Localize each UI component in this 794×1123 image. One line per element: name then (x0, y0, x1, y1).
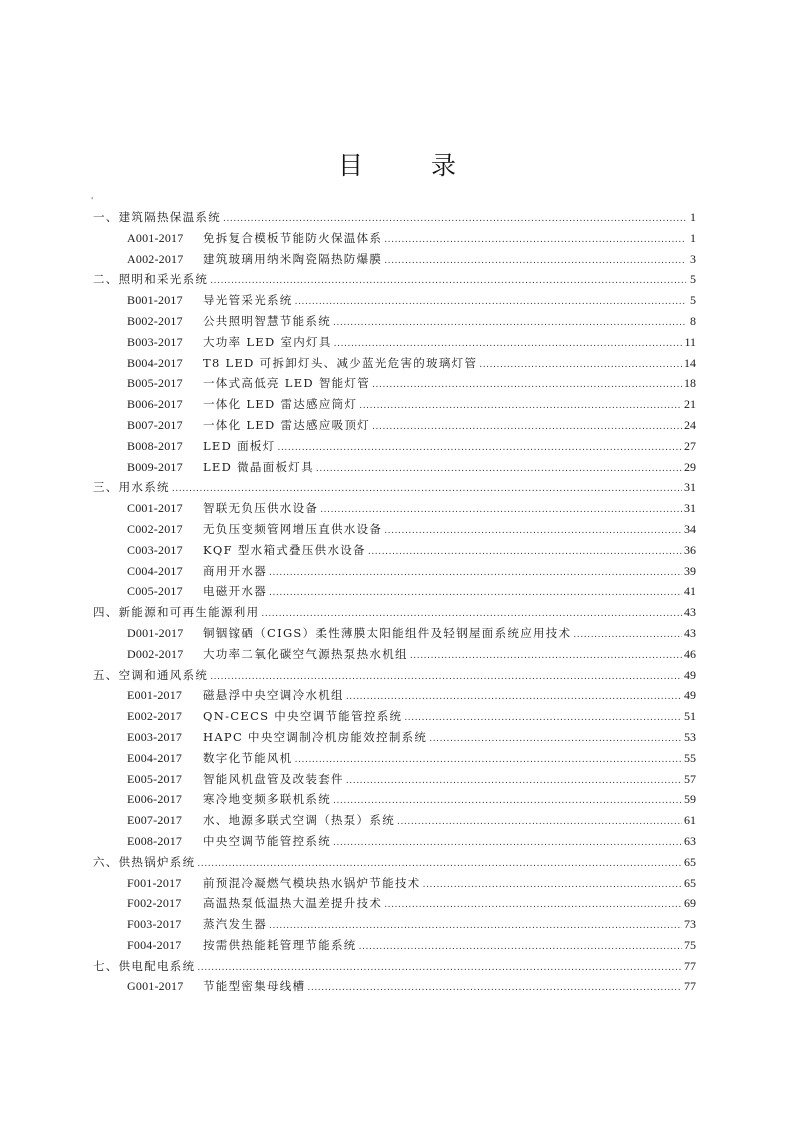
entry-code: B005-2017 (127, 373, 203, 394)
entry-title: LED 面板灯 (203, 436, 276, 457)
entry-code: B007-2017 (127, 415, 203, 436)
entry-title: 七、供电配电系统 (93, 956, 195, 977)
page-number: 65 (684, 852, 696, 873)
dot-leader (429, 729, 682, 750)
entry-code: B001-2017 (127, 290, 203, 311)
toc-item-entry[interactable]: E006-2017寒冷地变频多联机系统59 (93, 789, 696, 810)
toc-item-entry[interactable]: B004-2017T8 LED 可拆卸灯头、减少蓝光危害的玻璃灯管14 (93, 353, 696, 374)
page-title: 目 录 (0, 146, 794, 182)
toc-item-entry[interactable]: C002-2017无负压变频管网增压直供水设备34 (93, 519, 696, 540)
entry-title: 数字化节能风机 (203, 748, 293, 769)
toc-item-entry[interactable]: B006-2017一体化 LED 雷达感应筒灯21 (93, 394, 696, 415)
page-number: 43 (684, 602, 696, 623)
toc-item-entry[interactable]: B005-2017一体式高低亮 LED 智能灯管18 (93, 373, 696, 394)
entry-title: 智能风机盘管及改装套件 (203, 769, 344, 790)
page-number: 55 (684, 748, 696, 769)
page-number: 1 (688, 207, 696, 228)
dot-leader (479, 355, 682, 376)
dot-leader (384, 251, 686, 272)
entry-title: 一体化 LED 雷达感应筒灯 (203, 394, 357, 415)
entry-title: 寒冷地变频多联机系统 (203, 789, 331, 810)
page-number: 53 (684, 727, 696, 748)
page-number: 36 (684, 540, 696, 561)
page-number: 49 (684, 685, 696, 706)
entry-code: F001-2017 (127, 873, 203, 894)
page-number: 5 (688, 269, 696, 290)
dot-leader (261, 604, 682, 625)
entry-code: C002-2017 (127, 519, 203, 540)
toc-section-entry[interactable]: 五、空调和通风系统49 (93, 665, 696, 686)
toc-item-entry[interactable]: D001-2017铜铟镓硒（CIGS）柔性薄膜太阳能组件及轻钢屋面系统应用技术4… (93, 623, 696, 644)
dot-leader (269, 916, 682, 937)
dot-leader (295, 750, 682, 771)
dot-leader (346, 771, 682, 792)
dot-leader (573, 625, 682, 646)
entry-title: 前预混冷凝燃气模块热水锅炉节能技术 (203, 873, 421, 894)
dot-leader (384, 230, 686, 251)
entry-title: 一、建筑隔热保温系统 (93, 207, 221, 228)
entry-title: 导光管采光系统 (203, 290, 293, 311)
toc-section-entry[interactable]: 四、新能源和可再生能源利用43 (93, 602, 696, 623)
dot-leader (384, 895, 682, 916)
dot-leader (316, 459, 682, 480)
entry-title: 按需供热能耗管理节能系统 (203, 935, 357, 956)
entry-code: B004-2017 (127, 353, 203, 374)
page-number: 75 (684, 935, 696, 956)
toc-item-entry[interactable]: F002-2017高温热泵低温热大温差提升技术69 (93, 893, 696, 914)
entry-code: B009-2017 (127, 457, 203, 478)
dot-leader (404, 708, 682, 729)
entry-title: 高温热泵低温热大温差提升技术 (203, 893, 382, 914)
toc-item-entry[interactable]: D002-2017大功率二氧化碳空气源热泵热水机组46 (93, 644, 696, 665)
toc-item-entry[interactable]: E002-2017QN-CECS 中央空调节能管控系统51 (93, 706, 696, 727)
entry-code: C001-2017 (127, 498, 203, 519)
entry-title: T8 LED 可拆卸灯头、减少蓝光危害的玻璃灯管 (203, 353, 477, 374)
entry-code: E002-2017 (127, 706, 203, 727)
toc-item-entry[interactable]: F003-2017蒸汽发生器73 (93, 914, 696, 935)
entry-title: HAPC 中央空调制冷机房能效控制系统 (203, 727, 427, 748)
toc-section-entry[interactable]: 六、供热锅炉系统65 (93, 852, 696, 873)
page-number: 8 (688, 311, 696, 332)
page-number: 18 (684, 373, 696, 394)
entry-title: 一体化 LED 雷达感应吸顶灯 (203, 415, 370, 436)
entry-code: B003-2017 (127, 332, 203, 353)
entry-title: 免拆复合模板节能防火保温体系 (203, 228, 382, 249)
toc-item-entry[interactable]: B003-2017大功率 LED 室内灯具11 (93, 332, 696, 353)
page-number: 63 (684, 831, 696, 852)
toc-section-entry[interactable]: 一、建筑隔热保温系统1 (93, 207, 696, 228)
entry-code: F002-2017 (127, 893, 203, 914)
entry-code: C005-2017 (127, 581, 203, 602)
page-number: 77 (684, 976, 696, 997)
entry-title: 六、供热锅炉系统 (93, 852, 195, 873)
entry-code: E007-2017 (127, 810, 203, 831)
entry-title: 磁悬浮中央空调冷水机组 (203, 685, 344, 706)
entry-title: 四、新能源和可再生能源利用 (93, 602, 259, 623)
toc-item-entry[interactable]: F001-2017前预混冷凝燃气模块热水锅炉节能技术65 (93, 873, 696, 894)
entry-code: E004-2017 (127, 748, 203, 769)
table-of-contents: 一、建筑隔热保温系统1A001-2017免拆复合模板节能防火保温体系1A002-… (93, 207, 696, 997)
entry-title: 公共照明智慧节能系统 (203, 311, 331, 332)
toc-section-entry[interactable]: 二、照明和采光系统5 (93, 269, 696, 290)
entry-code: E001-2017 (127, 685, 203, 706)
dot-leader (410, 646, 682, 667)
toc-item-entry[interactable]: E005-2017智能风机盘管及改装套件57 (93, 769, 696, 790)
page-number: 61 (684, 810, 696, 831)
toc-item-entry[interactable]: C004-2017商用开水器39 (93, 561, 696, 582)
page-number: 46 (684, 644, 696, 665)
entry-code: E006-2017 (127, 789, 203, 810)
page-number: 49 (684, 665, 696, 686)
toc-item-entry[interactable]: B008-2017LED 面板灯27 (93, 436, 696, 457)
page-number: 73 (684, 914, 696, 935)
entry-code: F004-2017 (127, 935, 203, 956)
page-number: 59 (684, 789, 696, 810)
entry-title: 无负压变频管网增压直供水设备 (203, 519, 382, 540)
entry-code: A001-2017 (127, 228, 203, 249)
toc-item-entry[interactable]: B009-2017LED 微晶面板灯具29 (93, 457, 696, 478)
toc-item-entry[interactable]: E003-2017HAPC 中央空调制冷机房能效控制系统53 (93, 727, 696, 748)
page-number: 11 (684, 332, 696, 353)
page-number: 77 (684, 956, 696, 977)
page-number: 34 (684, 519, 696, 540)
entry-code: E005-2017 (127, 769, 203, 790)
toc-item-entry[interactable]: C001-2017智联无负压供水设备31 (93, 498, 696, 519)
entry-title: 中央空调节能管控系统 (203, 831, 331, 852)
entry-title: 水、地源多联式空调（热泵）系统 (203, 810, 395, 831)
entry-title: 三、用水系统 (93, 477, 170, 498)
dot-leader (359, 937, 682, 958)
entry-code: C004-2017 (127, 561, 203, 582)
toc-item-entry[interactable]: E001-2017磁悬浮中央空调冷水机组49 (93, 685, 696, 706)
page-number: 14 (684, 353, 696, 374)
page-number: 43 (684, 623, 696, 644)
dot-leader (423, 875, 682, 896)
page-number: 1 (688, 228, 696, 249)
page-number: 31 (684, 477, 696, 498)
entry-title: 商用开水器 (203, 561, 267, 582)
dot-leader (197, 854, 682, 875)
page-number: 21 (684, 394, 696, 415)
dot-leader (307, 978, 682, 999)
page-number: 41 (684, 581, 696, 602)
entry-code: A002-2017 (127, 249, 203, 270)
entry-code: E008-2017 (127, 831, 203, 852)
entry-code: F003-2017 (127, 914, 203, 935)
dot-leader (359, 396, 682, 417)
dot-leader (333, 833, 682, 854)
toc-item-entry[interactable]: F004-2017按需供热能耗管理节能系统75 (93, 935, 696, 956)
dot-leader (384, 521, 682, 542)
entry-title: 智联无负压供水设备 (203, 498, 318, 519)
entry-title: QN-CECS 中央空调节能管控系统 (203, 706, 402, 727)
entry-code: C003-2017 (127, 540, 203, 561)
dot-leader (278, 438, 682, 459)
entry-title: 电磁开水器 (203, 581, 267, 602)
dot-leader (320, 500, 682, 521)
dot-leader (372, 375, 682, 396)
page-number: 29 (684, 457, 696, 478)
entry-code: B002-2017 (127, 311, 203, 332)
page-number: 69 (684, 893, 696, 914)
toc-item-entry[interactable]: B001-2017导光管采光系统5 (93, 290, 696, 311)
toc-item-entry[interactable]: B007-2017一体化 LED 雷达感应吸顶灯24 (93, 415, 696, 436)
page-number: 24 (684, 415, 696, 436)
entry-title: LED 微晶面板灯具 (203, 457, 314, 478)
entry-title: 建筑玻璃用纳米陶瓷隔热防爆膜 (203, 249, 382, 270)
dot-leader (223, 209, 686, 230)
page-number: 5 (688, 290, 696, 311)
dot-leader (333, 791, 682, 812)
entry-code: D001-2017 (127, 623, 203, 644)
entry-title: 五、空调和通风系统 (93, 665, 208, 686)
stray-mark: ' (91, 197, 93, 205)
entry-code: G001-2017 (127, 976, 203, 997)
toc-item-entry[interactable]: G001-2017节能型密集母线槽77 (93, 976, 696, 997)
dot-leader (368, 542, 682, 563)
dot-leader (172, 479, 682, 500)
dot-leader (269, 563, 682, 584)
entry-title: 一体式高低亮 LED 智能灯管 (203, 373, 370, 394)
dot-leader (397, 812, 682, 833)
dot-leader (334, 334, 683, 355)
entry-code: B008-2017 (127, 436, 203, 457)
entry-title: KQF 型水箱式叠压供水设备 (203, 540, 366, 561)
page-number: 27 (684, 436, 696, 457)
page-number: 39 (684, 561, 696, 582)
dot-leader (295, 292, 686, 313)
entry-code: B006-2017 (127, 394, 203, 415)
toc-item-entry[interactable]: A002-2017建筑玻璃用纳米陶瓷隔热防爆膜3 (93, 249, 696, 270)
entry-code: E003-2017 (127, 727, 203, 748)
toc-item-entry[interactable]: E007-2017水、地源多联式空调（热泵）系统61 (93, 810, 696, 831)
dot-leader (197, 958, 682, 979)
entry-code: D002-2017 (127, 644, 203, 665)
dot-leader (372, 417, 682, 438)
toc-section-entry[interactable]: 七、供电配电系统77 (93, 956, 696, 977)
page-number: 51 (684, 706, 696, 727)
page-number: 65 (684, 873, 696, 894)
entry-title: 大功率 LED 室内灯具 (203, 332, 332, 353)
toc-item-entry[interactable]: C003-2017KQF 型水箱式叠压供水设备36 (93, 540, 696, 561)
toc-section-entry[interactable]: 三、用水系统31 (93, 477, 696, 498)
entry-title: 二、照明和采光系统 (93, 269, 208, 290)
entry-title: 节能型密集母线槽 (203, 976, 305, 997)
dot-leader (210, 271, 686, 292)
entry-title: 大功率二氧化碳空气源热泵热水机组 (203, 644, 408, 665)
toc-item-entry[interactable]: B002-2017公共照明智慧节能系统8 (93, 311, 696, 332)
dot-leader (346, 687, 682, 708)
entry-title: 蒸汽发生器 (203, 914, 267, 935)
page-number: 3 (688, 249, 696, 270)
dot-leader (269, 583, 682, 604)
entry-title: 铜铟镓硒（CIGS）柔性薄膜太阳能组件及轻钢屋面系统应用技术 (203, 623, 571, 644)
page-number: 57 (684, 769, 696, 790)
toc-item-entry[interactable]: E004-2017数字化节能风机55 (93, 748, 696, 769)
toc-item-entry[interactable]: C005-2017电磁开水器41 (93, 581, 696, 602)
toc-item-entry[interactable]: E008-2017中央空调节能管控系统63 (93, 831, 696, 852)
toc-item-entry[interactable]: A001-2017免拆复合模板节能防火保温体系1 (93, 228, 696, 249)
dot-leader (333, 313, 686, 334)
page-number: 31 (684, 498, 696, 519)
dot-leader (210, 667, 682, 688)
